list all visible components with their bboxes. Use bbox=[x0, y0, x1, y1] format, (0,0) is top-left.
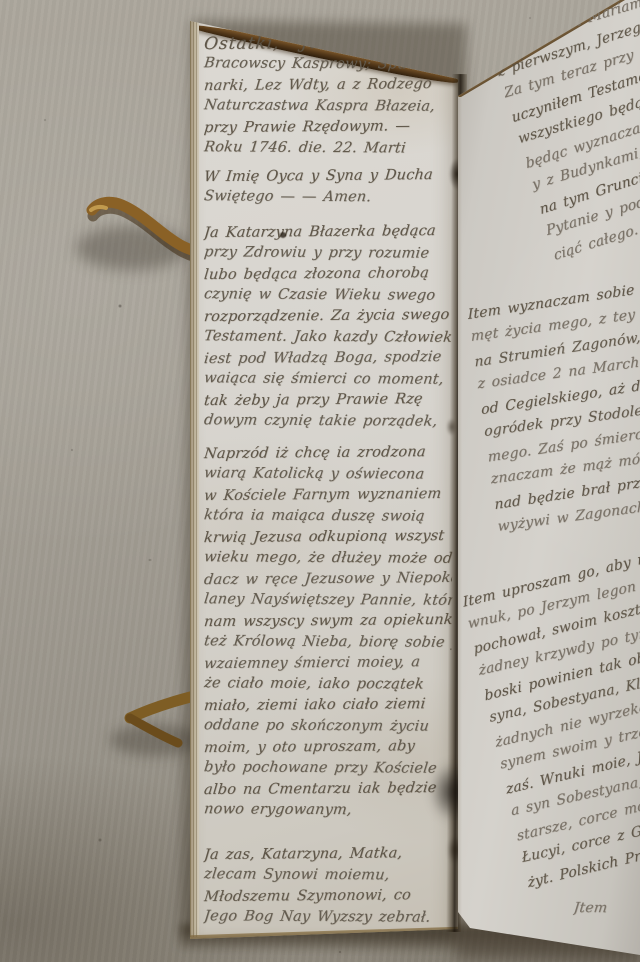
manuscript-line: krwią Jezusa odkupioną wszyst bbox=[203, 526, 453, 549]
manuscript-line: nowo erygowanym, bbox=[203, 799, 453, 822]
manuscript-line: Jego Bog Nay Wyzszy zebrał. bbox=[203, 906, 453, 929]
manuscript-line: wiarą Katolicką y oświecona bbox=[203, 463, 453, 486]
manuscript-line: waiąca się śmierci co moment, bbox=[203, 368, 453, 391]
manuscript-line: w Kościele Farnym wyznaniem bbox=[203, 484, 453, 507]
manuscript-line: laney Nayświętszey Pannie, którą bbox=[203, 589, 453, 612]
manuscript-line: wzaiemney śmierci moiey, a bbox=[203, 652, 453, 675]
manuscript-line: Testament. Jako kazdy Człowiek bbox=[203, 326, 453, 349]
manuscript-line: było pochowane przy Kościele bbox=[203, 757, 453, 780]
page-block-edge bbox=[190, 21, 199, 937]
manuscript-line: iest pod Władzą Boga, spodzie bbox=[203, 347, 453, 370]
manuscript-line: lubo będąca złozona chorobą bbox=[203, 263, 453, 286]
right-page-paper: Jego przeale, życzy poprzez lat 4 z Mari… bbox=[450, 0, 640, 962]
manuscript-line: czynię w Czasie Wieku swego bbox=[203, 284, 453, 307]
manuscript-line: W Imię Oyca y Syna y Ducha bbox=[203, 165, 453, 188]
manuscript-line: albo na Cmentarzu iak będzie bbox=[203, 778, 453, 801]
manuscript-line: Naprzód iż chcę ia zrodzona bbox=[203, 442, 453, 465]
left-page-text: Ostatki, Ju. ŻarnetBracowscy Kasprowy; S… bbox=[204, 33, 452, 928]
paragraph-closing: Ja zas, Katarzyna, Matka,zlecam Synowi m… bbox=[204, 844, 452, 928]
left-page: Ostatki, Ju. ŻarnetBracowscy Kasprowy; S… bbox=[190, 18, 458, 944]
manuscript-line: nam wszyscy swym za opiekunkę bbox=[203, 610, 453, 633]
photo-scene: Ostatki, Ju. ŻarnetBracowscy Kasprowy; S… bbox=[0, 0, 640, 962]
manuscript-line: Ja Katarzyna Błazerka będąca bbox=[203, 221, 453, 244]
paragraph-right-top: Jego przeale, życzy poprzez lat 4 z Mari… bbox=[480, 0, 640, 266]
manuscript-line: wieku mego, że dłużey może od bbox=[203, 547, 453, 570]
manuscript-line: Naturczastwa Kaspra Błazeia, bbox=[203, 95, 453, 118]
paragraph-right-item-1: Item wyznaczam sobie namęt życia mego, z… bbox=[466, 266, 640, 540]
manuscript-line: tak żeby ja przy Prawie Rzę bbox=[203, 389, 453, 412]
manuscript-line: zlecam Synowi moiemu, bbox=[203, 864, 453, 887]
manuscript-line: moim, y oto uproszam, aby bbox=[203, 736, 453, 759]
manuscript-line: przy Zdrowiu y przy rozumie bbox=[203, 242, 453, 265]
manuscript-line: miało, ziemi iako ciało ziemi bbox=[203, 694, 453, 717]
manuscript-line: Ja zas, Katarzyna, Matka, bbox=[203, 843, 453, 866]
manuscript-line: dowym czynię takie porządek, bbox=[203, 410, 453, 433]
right-page: Jego przeale, życzy poprzez lat 4 z Mari… bbox=[450, 0, 640, 962]
manuscript-line: też Królową Nieba, biorę sobie y bbox=[203, 631, 453, 654]
paragraph-testament-body: Naprzód iż chcę ia zrodzonawiarą Katolic… bbox=[204, 443, 452, 821]
manuscript-line: Swiętego — — Amen. bbox=[203, 186, 453, 209]
manuscript-line: przy Prawie Rzędowym. — bbox=[203, 116, 453, 139]
manuscript-line: oddane po skończonym życiu bbox=[203, 715, 453, 738]
manuscript-line: Młodszemu Szymonowi, co bbox=[203, 885, 453, 908]
paragraph-invocation: W Imię Oyca y Syna y DuchaSwiętego — — A… bbox=[204, 166, 452, 208]
paragraph-testament-opening: Ja Katarzyna Błazerka będącaprzy Zdrowiu… bbox=[204, 222, 452, 432]
ink-spot-left-page bbox=[280, 232, 286, 238]
paragraph-right-item-2: Item uproszam go, aby mniewnuk, po Jerzy… bbox=[460, 532, 640, 894]
manuscript-line: Roku 1746. die. 22. Marti bbox=[203, 137, 453, 160]
manuscript-line: że ciało moie, iako początek bbox=[203, 673, 453, 696]
manuscript-line: narki, Lez Wdty, a z Rodzego bbox=[203, 74, 453, 97]
manuscript-line: rozporządzenie. Za życia swego bbox=[203, 305, 453, 328]
right-page-text: Jego przeale, życzy poprzez lat 4 z Mari… bbox=[450, 0, 640, 962]
manuscript-line: która ia maiąca duszę swoią bbox=[203, 505, 453, 528]
manuscript-line: dacz w ręce Jezusowe y Niepoka bbox=[203, 568, 453, 591]
signature-fragment: Jtem bbox=[572, 896, 640, 922]
